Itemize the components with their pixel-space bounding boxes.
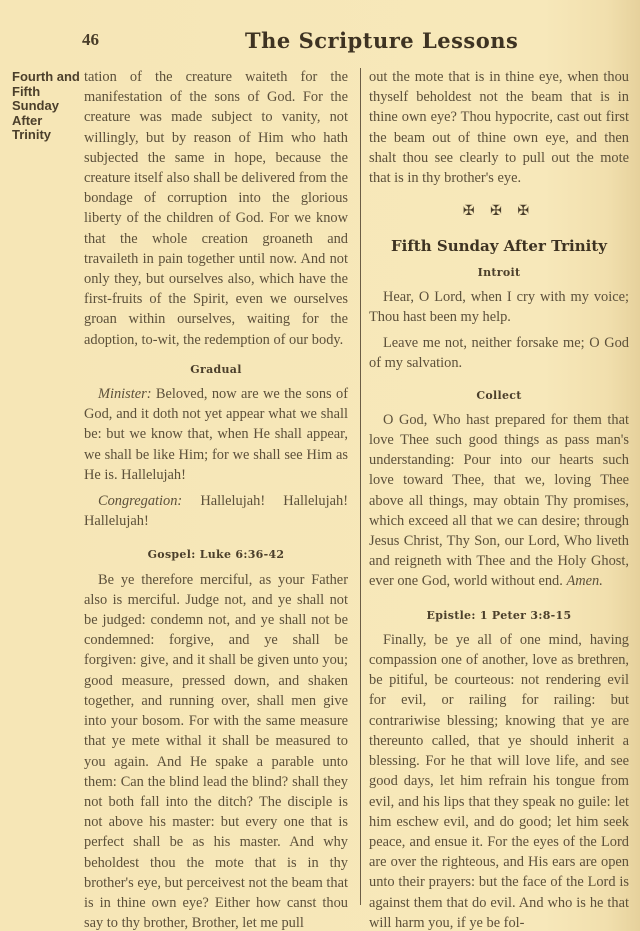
collect-paragraph: O God, Who hast prepared for them that l…: [369, 410, 629, 592]
running-title: The Scripture Lessons: [245, 28, 518, 53]
gradual-minister-paragraph: Minister: Beloved, now are we the sons o…: [84, 384, 348, 485]
introit-line-2: Leave me not, neither forsake me; O God …: [369, 333, 629, 373]
gospel-text: Be ye therefore merciful, as your Father…: [84, 570, 348, 931]
epistle-text: Finally, be ye all of one mind, having c…: [369, 630, 629, 931]
gradual-congregation-paragraph: Congregation: Hallelujah! Hallelujah! Ha…: [84, 491, 348, 531]
congregation-label: Congregation:: [98, 493, 182, 509]
cross-ornament-icon: ✠ ✠ ✠: [369, 202, 629, 222]
left-column: tation of the creature waiteth for the m…: [84, 67, 348, 931]
section-title: Fifth Sunday After Trinity: [369, 236, 629, 256]
minister-label: Minister:: [98, 386, 152, 402]
margin-note: Fourth and Fifth Sunday After Trinity: [12, 70, 82, 143]
gospel-continued-text: out the mote that is in thine eye, when …: [369, 67, 629, 188]
column-divider: [360, 68, 361, 905]
right-column: out the mote that is in thine eye, when …: [369, 67, 629, 931]
introit-line-1: Hear, O Lord, when I cry with my voice; …: [369, 287, 629, 327]
collect-text: O God, Who hast prepared for them that l…: [369, 412, 629, 590]
epistle-continued-text: tation of the creature waiteth for the m…: [84, 67, 348, 350]
gospel-heading: Gospel: Luke 6:36-42: [84, 545, 348, 565]
epistle-heading: Epistle: 1 Peter 3:8-15: [369, 606, 629, 626]
page-header: 46 The Scripture Lessons: [0, 28, 640, 58]
introit-heading: Introit: [369, 263, 629, 283]
page-number: 46: [82, 30, 99, 50]
amen-text: Amen.: [566, 573, 602, 589]
collect-heading: Collect: [369, 386, 629, 406]
gradual-heading: Gradual: [84, 360, 348, 380]
